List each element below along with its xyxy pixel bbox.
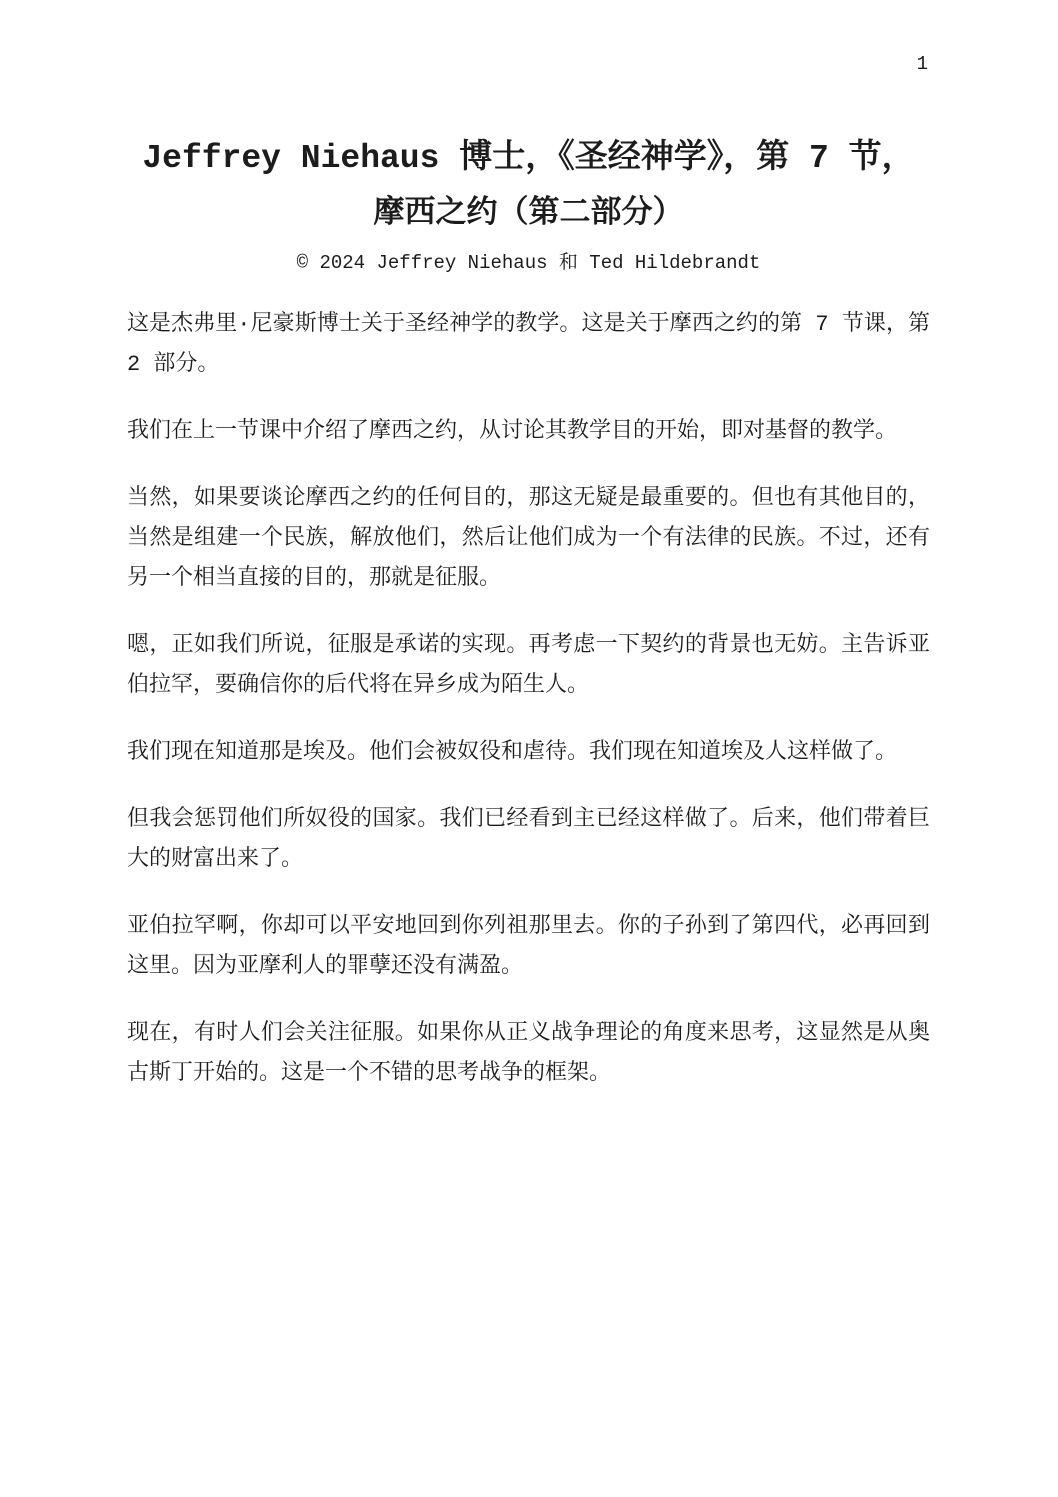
paragraph-1: 这是杰弗里·尼豪斯博士关于圣经神学的教学。这是关于摩西之约的第 7 节课，第 2… <box>127 305 930 385</box>
document-title-line-1: Jeffrey Niehaus 博士，《圣经神学》，第 7 节， <box>127 130 930 188</box>
paragraph-5: 我们现在知道那是埃及。他们会被奴役和虐待。我们现在知道埃及人这样做了。 <box>127 733 930 773</box>
paragraph-7: 亚伯拉罕啊，你却可以平安地回到你列祖那里去。你的子孙到了第四代，必再回到这里。因… <box>127 907 930 987</box>
document-title-line-2: 摩西之约（第二部分） <box>127 188 930 242</box>
paragraph-8: 现在，有时人们会关注征服。如果你从正义战争理论的角度来思考，这显然是从奥古斯丁开… <box>127 1014 930 1094</box>
paragraph-4: 嗯，正如我们所说，征服是承诺的实现。再考虑一下契约的背景也无妨。主告诉亚伯拉罕，… <box>127 626 930 706</box>
page-number: 1 <box>917 55 928 74</box>
paragraph-6: 但我会惩罚他们所奴役的国家。我们已经看到主已经这样做了。后来，他们带着巨大的财富… <box>127 800 930 880</box>
paragraph-3: 当然，如果要谈论摩西之约的任何目的，那这无疑是最重要的。但也有其他目的，当然是组… <box>127 479 930 599</box>
document-body: 这是杰弗里·尼豪斯博士关于圣经神学的教学。这是关于摩西之约的第 7 节课，第 2… <box>127 305 930 1094</box>
copyright-notice: © 2024 Jeffrey Niehaus 和 Ted Hildebrandt <box>127 250 930 277</box>
paragraph-2: 我们在上一节课中介绍了摩西之约，从讨论其教学目的开始，即对基督的教学。 <box>127 412 930 452</box>
document-title: Jeffrey Niehaus 博士，《圣经神学》，第 7 节， 摩西之约（第二… <box>127 130 930 242</box>
document-page: 1 Jeffrey Niehaus 博士，《圣经神学》，第 7 节， 摩西之约（… <box>0 0 1058 1497</box>
